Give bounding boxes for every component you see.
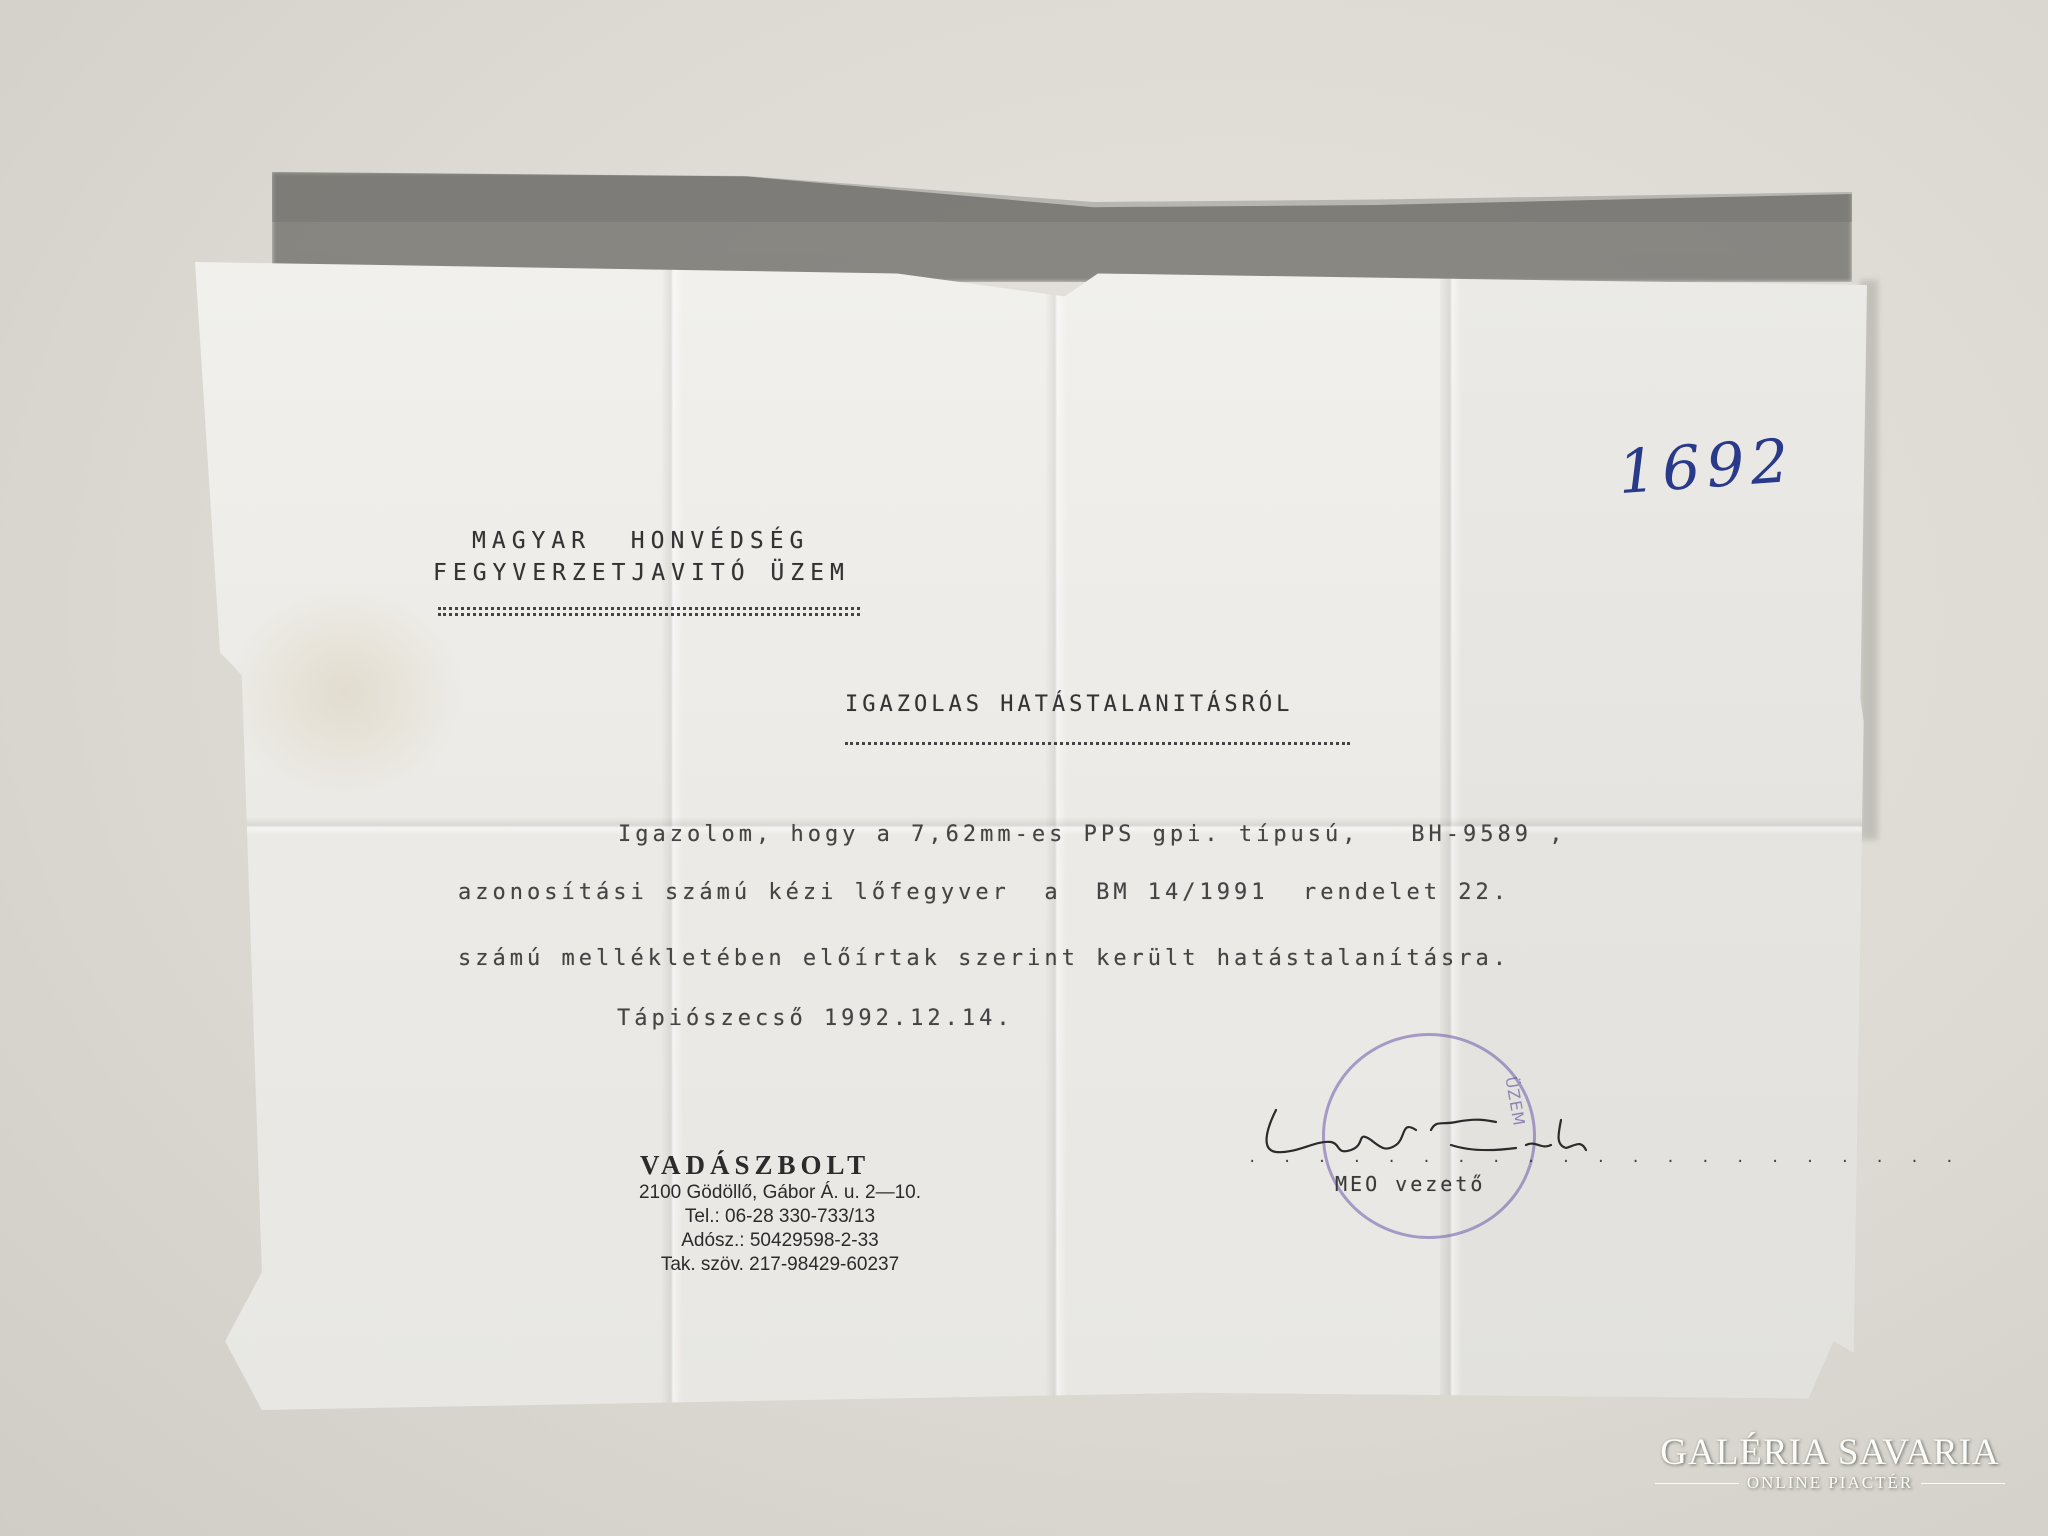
body-line-1: Igazolom, hogy a 7,62mm-es PPS gpi. típu… [618,822,1566,847]
paper-stain [225,582,465,802]
title-underline [845,742,1350,745]
body-line-3: számú mellékletében előírtak szerint ker… [458,946,1510,971]
place-date: Tápiószecső 1992.12.14. [617,1006,1014,1031]
issuer-underline-2 [438,613,860,616]
paper-shadow [272,172,1852,282]
shop-tax-number: Adósz.: 50429598-2-33 [590,1229,970,1253]
shop-bank-account: Tak. szöv. 217-98429-60237 [590,1253,970,1277]
watermark-rule-left [1655,1483,1739,1484]
watermark-subtitle-row: ONLINE PIACTÉR [1655,1473,2005,1493]
watermark-rule-right [1921,1483,2005,1484]
handwritten-number: 1692 [1616,426,1797,508]
signer-title: MEO vezető [1335,1172,1485,1196]
watermark-subtitle: ONLINE PIACTÉR [1747,1473,1913,1493]
shop-phone: Tel.: 06-28 330-733/13 [590,1205,970,1229]
watermark-logo: GALÉRIA SAVARIA ONLINE PIACTÉR [1655,1433,2005,1493]
issuer-line-2: FEGYVERZETJAVITÓ ÜZEM [433,560,850,586]
issuer-line-1: MAGYAR HONVÉDSÉG [472,528,809,554]
watermark-name: GALÉRIA SAVARIA [1655,1433,2005,1473]
gun-shop-stamp: VADÁSZBOLT 2100 Gödöllő, Gábor Á. u. 2—1… [590,1150,970,1277]
signature-dotted-line: . . . . . . . . . . . . . . . . . . . . … [1248,1150,1963,1166]
document-title: IGAZOLAS HATÁSTALANITÁSRÓL [845,692,1293,717]
shop-address: 2100 Gödöllő, Gábor Á. u. 2—10. [590,1181,970,1205]
body-line-2: azonosítási számú kézi lőfegyver a BM 14… [458,880,1510,905]
shop-name: VADÁSZBOLT [640,1150,970,1181]
issuer-underline-1 [438,607,860,610]
